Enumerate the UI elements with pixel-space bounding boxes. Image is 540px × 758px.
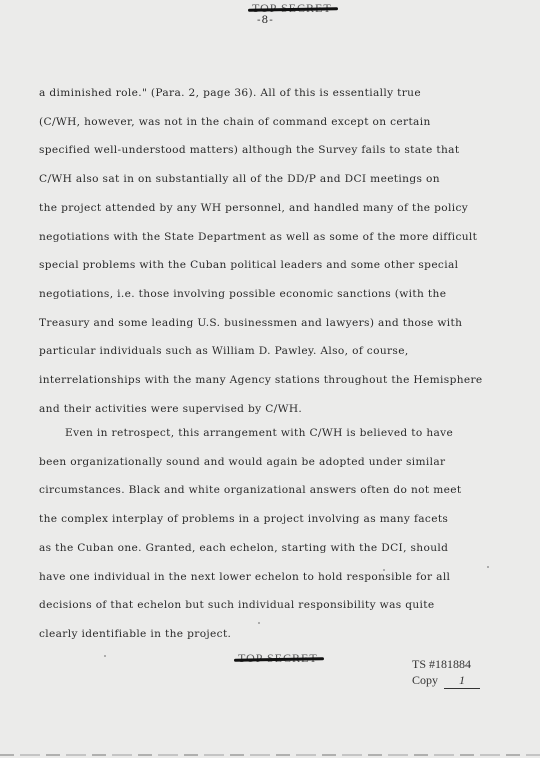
text-line: negotiations, i.e. those involving possi… — [39, 287, 446, 301]
document-page: TOP SECRET -8- a diminished role." (Para… — [0, 0, 540, 758]
text-line: Even in retrospect, this arrangement wit… — [65, 426, 453, 440]
scan-speck — [383, 569, 385, 571]
text-line: Treasury and some leading U.S. businessm… — [39, 316, 462, 330]
text-line: negotiations with the State Department a… — [39, 230, 477, 244]
text-line: clearly identifiable in the project. — [39, 627, 231, 641]
copy-number: 1 — [444, 672, 480, 689]
text-line: (C/WH, however, was not in the chain of … — [39, 115, 431, 129]
text-line: the complex interplay of problems in a p… — [39, 512, 448, 526]
text-line: the project attended by any WH personnel… — [39, 201, 468, 215]
text-line: special problems with the Cuban politica… — [39, 258, 458, 272]
text-line: and their activities were supervised by … — [39, 402, 302, 416]
scan-speck — [258, 622, 260, 624]
text-line: interrelationships with the many Agency … — [39, 373, 483, 387]
scan-speck — [487, 566, 489, 568]
control-number-block: TS #181884 Copy1 — [412, 656, 480, 689]
text-line: as the Cuban one. Granted, each echelon,… — [39, 541, 448, 555]
text-line: particular individuals such as William D… — [39, 344, 409, 358]
text-line: decisions of that echelon but such indiv… — [39, 598, 435, 612]
scan-speck — [104, 655, 106, 657]
text-line: a diminished role." (Para. 2, page 36). … — [39, 86, 421, 100]
text-line: C/WH also sat in on substantially all of… — [39, 172, 440, 186]
ts-number: TS #181884 — [412, 656, 480, 672]
copy-line: Copy1 — [412, 672, 480, 689]
copy-label: Copy — [412, 673, 438, 687]
page-edge — [0, 754, 540, 756]
text-line: been organizationally sound and would ag… — [39, 455, 445, 469]
classification-footer: TOP SECRET — [238, 651, 318, 666]
text-line: circumstances. Black and white organizat… — [39, 483, 461, 497]
page-number: -8- — [257, 14, 274, 26]
text-line: specified well-understood matters) altho… — [39, 143, 459, 157]
text-line: have one individual in the next lower ec… — [39, 570, 450, 584]
